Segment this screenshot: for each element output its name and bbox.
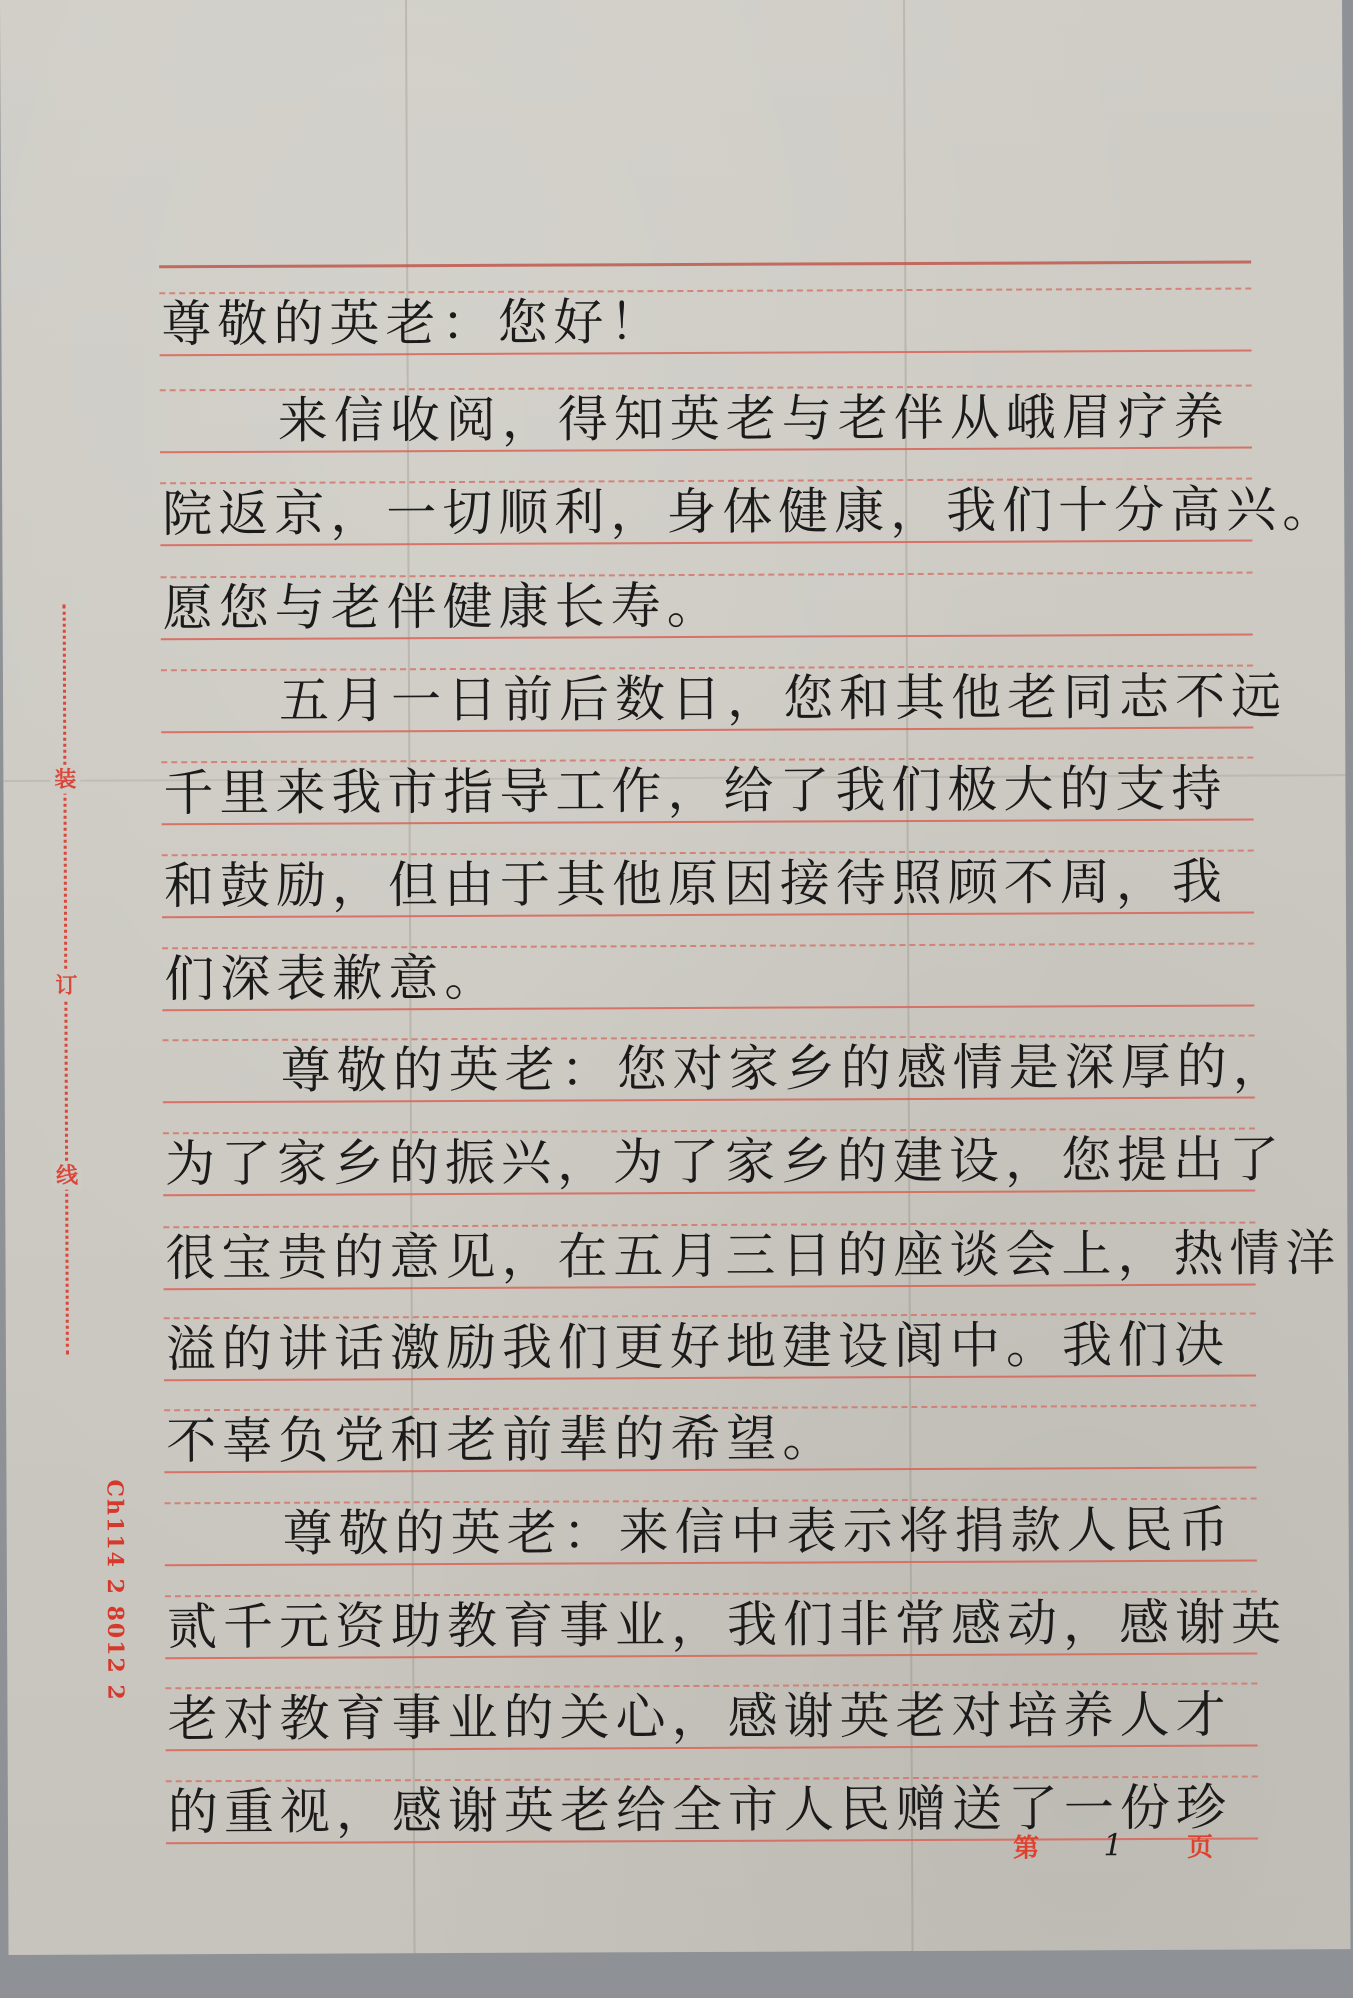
handwritten-line: 溢的讲话激励我们更好地建设阆中。我们决 — [166, 1315, 1256, 1380]
handwritten-line: 和鼓励，但由于其他原因接待照顾不周，我 — [164, 852, 1254, 917]
page-prefix: 第 — [1013, 1827, 1039, 1864]
handwritten-line: 们深表歉意。 — [164, 945, 1254, 1010]
handwritten-line: 千里来我市指导工作，给了我们极大的支持 — [163, 759, 1253, 824]
top-rule — [159, 261, 1251, 269]
handwritten-line: 尊敬的英老：您好！ — [161, 290, 1251, 355]
binding-label-ding: 订 — [51, 972, 81, 1000]
handwritten-line: 愿您与老伴健康长寿。 — [163, 574, 1253, 639]
handwritten-line: 院返京，一切顺利，身体健康，我们十分高兴。 — [162, 480, 1252, 545]
handwritten-line: 不辜负党和老前辈的希望。 — [166, 1407, 1256, 1472]
handwritten-line: 很宝贵的意见，在五月三日的座谈会上，热情洋 — [165, 1224, 1255, 1289]
binding-label-xian: 线 — [52, 1162, 82, 1190]
handwritten-line: 五月一日前后数日，您和其他老同志不远 — [163, 666, 1353, 731]
handwritten-line: 老对教育事业的关心，感谢英老对培养人才 — [167, 1685, 1257, 1750]
binding-label-zhuang: 装 — [50, 766, 80, 794]
page-number: 第 1 页 — [1013, 1827, 1213, 1865]
page-suffix: 页 — [1187, 1827, 1213, 1864]
handwritten-line: 尊敬的英老：您对家乡的感情是深厚的， — [165, 1036, 1353, 1101]
handwritten-line: 为了家乡的振兴，为了家乡的建设，您提出了 — [165, 1130, 1255, 1195]
page-number-value: 1 — [1103, 1828, 1122, 1863]
handwritten-line: 贰千元资助教育事业，我们非常感动，感谢英 — [167, 1593, 1257, 1658]
paper-serial-code: Ch114 2 8012 2 — [101, 1479, 128, 1701]
handwritten-line: 来信收阅，得知英老与老伴从峨眉疗养 — [162, 386, 1353, 451]
letter-paper: 装 订 线 Ch114 2 8012 2 尊敬的英老：您好！来信收阅，得知英老与… — [0, 0, 1351, 1955]
handwritten-line: 尊敬的英老：来信中表示将捐款人民币 — [167, 1499, 1353, 1564]
